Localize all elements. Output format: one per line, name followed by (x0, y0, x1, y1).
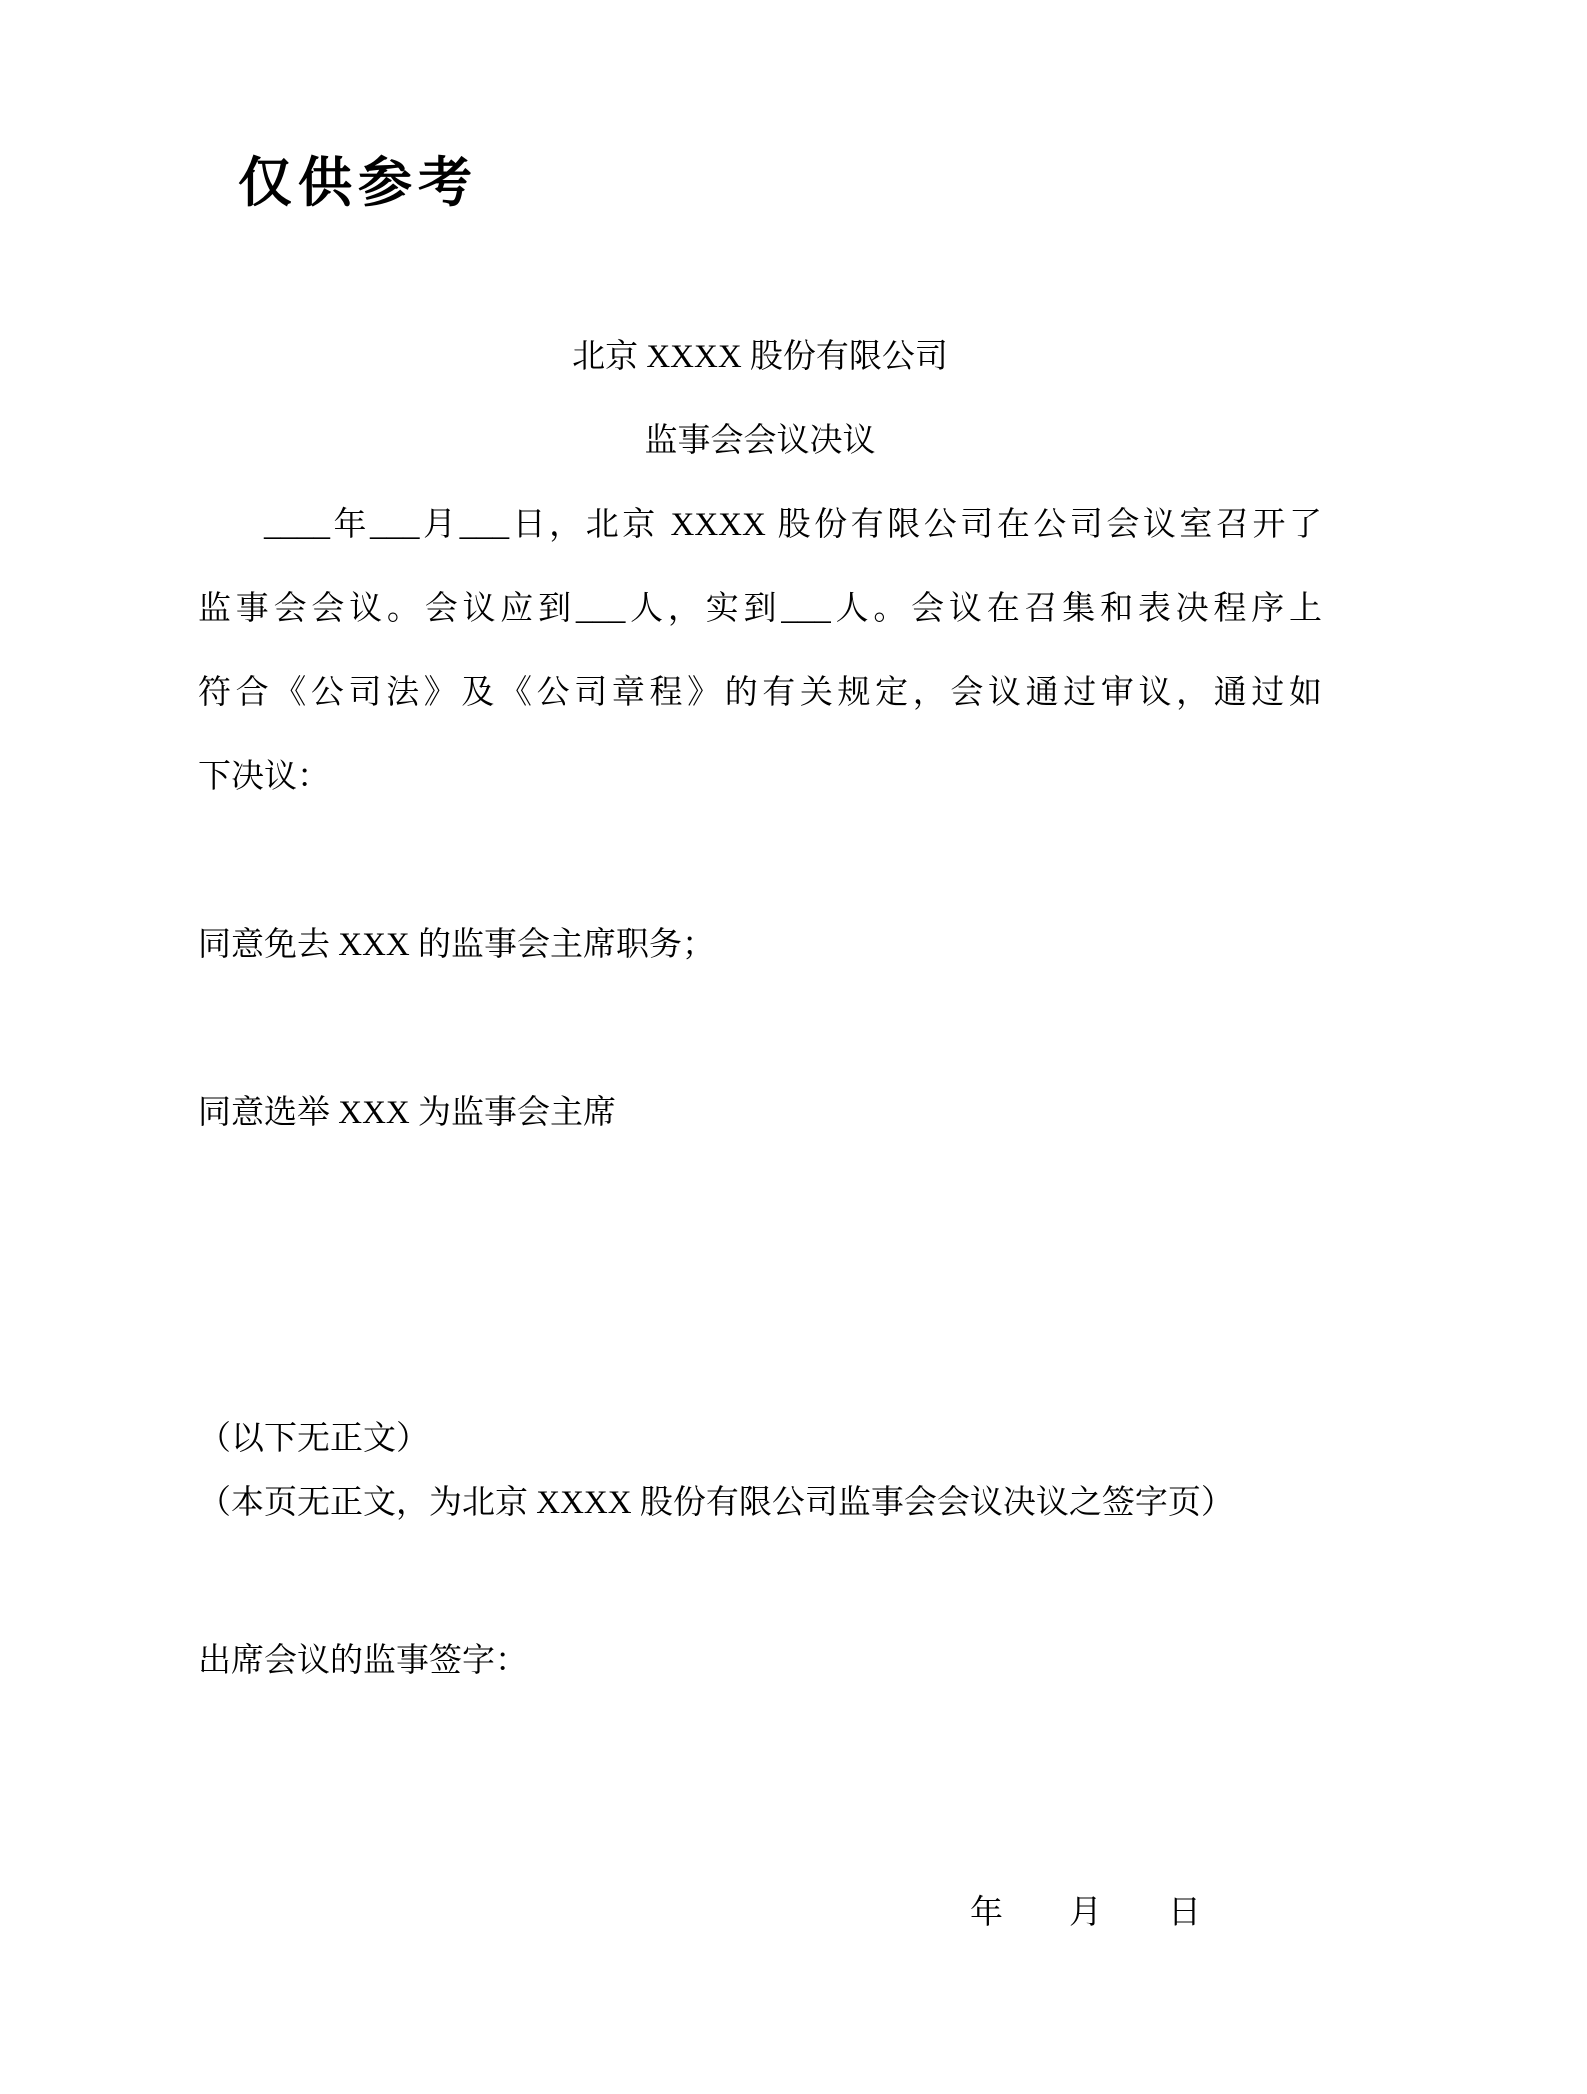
resolution-item-2: 同意选举 XXX 为监事会主席 (198, 1071, 1322, 1155)
company-name-title: 北京 XXXX 股份有限公司 (198, 315, 1322, 399)
document-title: 监事会会议决议 (198, 399, 1322, 483)
date-fill-in-line: 年 月 日 (198, 1871, 1322, 1955)
blank-line (198, 819, 1322, 903)
opening-paragraph-line-1: ____年___月___日，北京 XXXX 股份有限公司在公司会议室召开了 (198, 483, 1322, 567)
document-page: 仅供参考 北京 XXXX 股份有限公司 监事会会议决议 ____年___月___… (0, 0, 1587, 2094)
document-body: 北京 XXXX 股份有限公司 监事会会议决议 ____年___月___日，北京 … (198, 315, 1322, 1955)
no-text-below-note: （以下无正文） (198, 1407, 1322, 1471)
resolution-item-1: 同意免去 XXX 的监事会主席职务； (198, 903, 1322, 987)
blank-line (198, 987, 1322, 1071)
blank-line (198, 1535, 1322, 1619)
opening-paragraph-line-2: 监事会会议。会议应到___人，实到___人。会议在召集和表决程序上 (198, 567, 1322, 651)
blank-block (198, 1703, 1322, 1871)
opening-paragraph-line-3: 符合《公司法》及《公司章程》的有关规定，会议通过审议，通过如 (198, 651, 1322, 735)
blank-block (198, 1155, 1322, 1407)
supervisor-signature-label: 出席会议的监事签字： (198, 1619, 1322, 1703)
signature-page-note: （本页无正文，为北京 XXXX 股份有限公司监事会会议决议之签字页） (198, 1471, 1322, 1535)
opening-paragraph-line-4: 下决议： (198, 735, 1322, 819)
reference-only-watermark: 仅供参考 (238, 140, 478, 217)
